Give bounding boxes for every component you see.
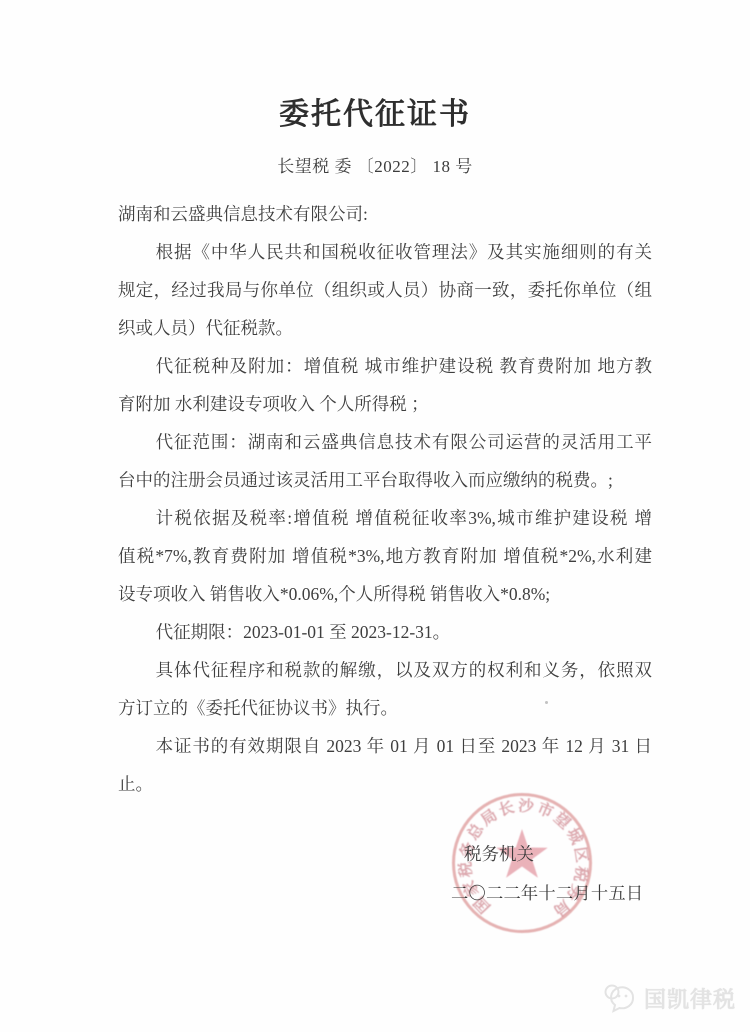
body-line: 设专项收入 销售收入*0.06%,个人所得税 销售收入*0.8%; — [118, 575, 652, 613]
document-page: 委托代征证书 长望税 委 〔2022〕 18 号 湖南和云盛典信息技术有限公司:… — [0, 0, 750, 1032]
body-line: 织或人员）代征税款。 — [118, 309, 652, 347]
body-line: 方订立的《委托代征协议书》执行。 — [118, 689, 652, 727]
chat-bubbles-logo-icon — [603, 982, 639, 1014]
body-line: 具体代征程序和税款的解缴，以及双方的权利和义务，依照双 — [118, 651, 652, 689]
body-line: 代征税种及附加：增值税 城市维护建设税 教育费附加 地方教 — [118, 347, 652, 385]
body-line: 根据《中华人民共和国税收征收管理法》及其实施细则的有关 — [118, 233, 652, 271]
scan-speck — [545, 701, 548, 704]
document-number: 长望税 委 〔2022〕 18 号 — [0, 155, 750, 179]
body-line: 台中的注册会员通过该灵活用工平台取得收入而应缴纳的税费。; — [118, 461, 652, 499]
document-title: 委托代征证书 — [0, 0, 750, 133]
watermark-text: 国凯律税 — [644, 983, 736, 1014]
body-line: 值税*7%,教育费附加 增值税*3%,地方教育附加 增值税*2%,水利建 — [118, 537, 652, 575]
document-body: 湖南和云盛典信息技术有限公司: 根据《中华人民共和国税收征收管理法》及其实施细则… — [118, 195, 652, 803]
body-line: 育附加 水利建设专项收入 个人所得税 ； — [118, 385, 652, 423]
body-line: 本证书的有效期限自 2023 年 01 月 01 日至 2023 年 12 月 … — [118, 727, 652, 765]
watermark: 国凯律税 — [603, 982, 736, 1014]
body-line: 计税依据及税率:增值税 增值税征收率3%,城市维护建设税 增 — [118, 499, 652, 537]
signature-date: 二〇二二年十二月十五日 — [451, 882, 643, 906]
body-line: 代征范围：湖南和云盛典信息技术有限公司运营的灵活用工平 — [118, 423, 652, 461]
body-line-addressee: 湖南和云盛典信息技术有限公司: — [118, 195, 652, 233]
body-line: 规定，经过我局与你单位（组织或人员）协商一致，委托你单位（组 — [118, 271, 652, 309]
signature-agency-label: 税务机关 — [464, 842, 534, 866]
body-line: 代征期限：2023-01-01 至 2023-12-31。 — [118, 613, 652, 651]
